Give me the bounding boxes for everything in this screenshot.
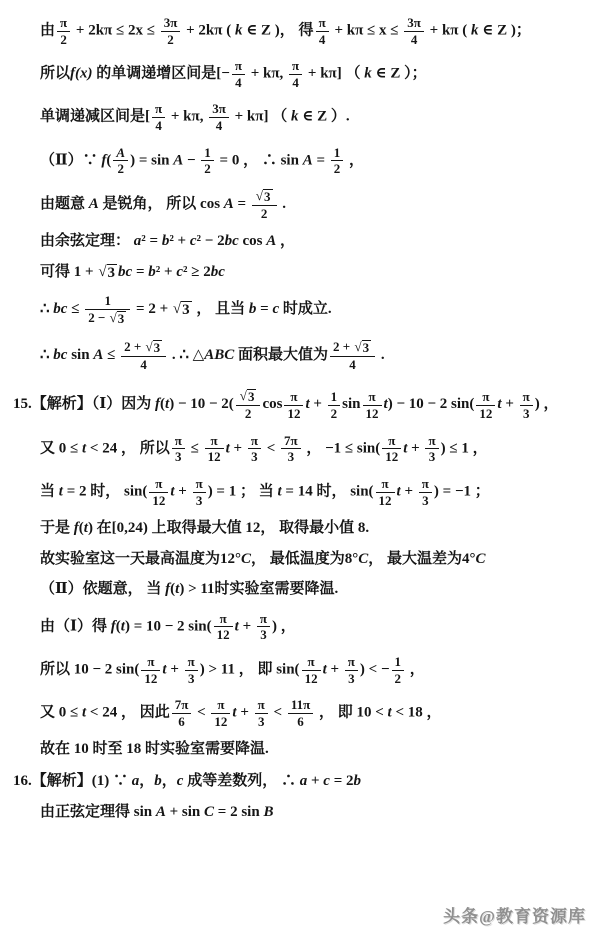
math-variable: A (89, 196, 99, 212)
text-run: 3 (154, 340, 161, 355)
text-run: 6 (297, 714, 304, 729)
denominator: 12 (149, 492, 168, 509)
radicand: 3 (362, 340, 372, 356)
radicand: 3 (263, 189, 273, 205)
solution-line: 故在 10 时至 18 时实验室需要降温. (40, 740, 590, 760)
fraction: π3 (425, 433, 438, 465)
sqrt-radical: √3 (256, 189, 273, 205)
solution-line: 可得 1 + √3bc = b² + c² ≥ 2bc (40, 263, 590, 283)
denominator: 12 (376, 492, 395, 509)
watermark: 头条@教育资源库 (443, 902, 586, 927)
text-run: + (502, 397, 518, 413)
text-run: 时成立. (279, 301, 332, 317)
fraction: π12 (205, 433, 224, 465)
numerator: A (113, 145, 128, 161)
radicand: 3 (181, 301, 192, 319)
sqrt-radical: √3 (354, 340, 371, 356)
text-run: ² + (156, 264, 177, 280)
numerator: π (214, 611, 233, 627)
text-run: 2 − (88, 310, 108, 325)
denominator: 12 (205, 448, 224, 465)
numerator: π (149, 476, 168, 492)
text-run: 11π (291, 697, 310, 712)
text-run: 当 (40, 484, 59, 500)
text-run: ， 最低温度为8° (251, 551, 358, 567)
text-run: ， (276, 233, 295, 249)
text-run: 的单调递增区间是[− (93, 66, 230, 82)
text-run: π (348, 654, 355, 669)
radicand: 3 (247, 389, 257, 405)
solution-line: 又 0 ≤ t < 24 ， 所以π3 ≤ π12t + π3 < 7π3 ， … (40, 433, 590, 465)
text-run: π (482, 389, 489, 404)
text-run: 面积最大值为 (234, 347, 328, 363)
text-run: 3π (407, 15, 421, 30)
math-variable: bc (225, 233, 239, 249)
solution-line: 所以 10 − 2 sin(π12t + π3) > 11 ， 即 sin(π1… (40, 654, 590, 686)
fraction: π4 (152, 101, 165, 133)
text-run: + (230, 440, 246, 456)
text-run: 由（Ⅰ）得 (40, 618, 111, 634)
text-run: 4 (216, 118, 223, 133)
text-run: 7π (175, 697, 189, 712)
fraction: π12 (284, 389, 303, 421)
text-run: π (217, 697, 224, 712)
text-run: 故实验室这一天最高温度为12° (40, 551, 241, 567)
text-run: ) = −1 ； (434, 484, 490, 500)
denominator: 3 (425, 448, 438, 465)
radical-sign-icon: √ (256, 189, 263, 203)
math-variable: A (303, 152, 313, 168)
denominator: 3 (520, 405, 533, 422)
text-run: < 24 ， 因此 (86, 705, 170, 721)
text-run: ( (106, 152, 111, 168)
text-run: 3 (422, 493, 429, 508)
text-run: 是锐角， 所以 cos (99, 196, 224, 212)
text-run: ) ≤ 1 ， (441, 440, 488, 456)
fraction: π3 (345, 654, 358, 686)
numerator: π (211, 697, 230, 713)
numerator: π (382, 433, 401, 449)
text-run: π (258, 697, 265, 712)
text-run: sin (67, 347, 93, 363)
text-run: 2 + (124, 339, 144, 354)
radical-sign-icon: √ (173, 301, 181, 318)
numerator: π (419, 476, 432, 492)
denominator: 3 (185, 670, 198, 687)
text-run: = (132, 264, 148, 280)
solution-line: 故实验室这一天最高温度为12°C， 最低温度为8°C， 最大温差为4°C (40, 550, 590, 570)
fraction: A2 (113, 145, 128, 177)
numerator: 7π (172, 697, 192, 713)
denominator: 2 (161, 31, 181, 48)
text-run: 3 (196, 493, 203, 508)
text-run: 由 (40, 23, 55, 39)
text-run: 可得 1 + (40, 264, 97, 280)
text-run: ) > 11 ， 即 sin( (200, 661, 300, 677)
text-run: < 24 ， 所以 (86, 440, 170, 456)
document-body: 由π2 + 2kπ ≤ 2x ≤ 3π2 + 2kπ ( k ∈ Z )， 得π… (0, 15, 596, 823)
denominator: 3 (281, 448, 301, 465)
fraction: π12 (214, 611, 233, 643)
text-run: + 2kπ ( (182, 23, 235, 39)
text-run: ， (345, 152, 364, 168)
text-run: ) − 10 − 2 sin( (388, 397, 475, 413)
fraction: 12 (201, 145, 214, 177)
text-run: 1 (395, 654, 402, 669)
math-variable: C (358, 551, 368, 567)
text-run: 3 (363, 340, 370, 355)
text-run: 故在 10 时至 18 时实验室需要降温. (40, 741, 269, 757)
solution-line: 由（Ⅰ）得 f(t) = 10 − 2 sin(π12t + π3) ， (40, 611, 590, 643)
fraction: π12 (476, 389, 495, 421)
math-variable: C (204, 804, 214, 820)
text-run: π (290, 389, 297, 404)
fraction: π3 (172, 433, 185, 465)
text-run: . ∴ △ (168, 347, 204, 363)
numerator: 1 (392, 654, 405, 670)
text-run: = 0 ， ∴ sin (216, 152, 303, 168)
denominator: 2 (392, 670, 405, 687)
text-run: 3 (188, 671, 195, 686)
text-run: 6 (178, 714, 185, 729)
numerator: π (425, 433, 438, 449)
numerator: π (141, 654, 160, 670)
fraction: 11π6 (288, 697, 313, 729)
fraction: √32 (252, 188, 277, 222)
text-run: 1 (334, 145, 341, 160)
text-run: 2 (334, 161, 341, 176)
text-run: ² ≥ 2 (183, 264, 211, 280)
fraction: π3 (419, 476, 432, 508)
fraction: π3 (255, 697, 268, 729)
radical-sign-icon: √ (146, 340, 153, 354)
text-run: cos (262, 397, 282, 413)
numerator: π (152, 101, 165, 117)
text-run: 3 (248, 389, 255, 404)
denominator: 3 (419, 492, 432, 509)
radicand: 3 (117, 311, 127, 327)
text-run: < (263, 440, 279, 456)
text-run: 2 (261, 206, 268, 221)
math-variable: A (224, 196, 234, 212)
numerator: 11π (288, 697, 313, 713)
text-run: ) ， (535, 397, 559, 413)
denominator: 12 (284, 405, 303, 422)
text-run: π (368, 389, 375, 404)
text-run: 3 (264, 189, 271, 204)
text-run: 1 (104, 293, 111, 308)
text-run: 所以 (40, 66, 70, 82)
text-run: 又 0 ≤ (40, 440, 82, 456)
sqrt-radical: √3 (146, 340, 163, 356)
text-run: π (260, 611, 267, 626)
text-run: + (239, 618, 255, 634)
numerator: 3π (404, 15, 424, 31)
numerator: π (302, 654, 321, 670)
math-variable: A (266, 233, 276, 249)
math-variable: b (154, 773, 162, 789)
text-run: + kπ] （ (304, 66, 364, 82)
numerator: π (248, 433, 261, 449)
text-run: ) > 11时实验室需要降温. (179, 581, 338, 597)
text-run: 4 (349, 357, 356, 372)
radicand: 3 (153, 340, 163, 356)
text-run: π (188, 654, 195, 669)
text-run: π (220, 611, 227, 626)
fraction: 12 (328, 389, 341, 421)
fraction: π12 (211, 697, 230, 729)
text-run: cos (239, 233, 267, 249)
denominator: 12 (141, 670, 160, 687)
math-variable: f(x) (70, 66, 93, 82)
text-run: ² + (169, 233, 190, 249)
solution-line: 15.【解析】（Ⅰ）因为 f(t) − 10 − 2(√32cosπ12t + … (13, 388, 590, 422)
denominator: 12 (382, 448, 401, 465)
text-run: 15.【解析】（Ⅰ）因为 (13, 397, 155, 413)
radical-sign-icon: √ (98, 264, 106, 281)
text-run: ， 且当 (193, 301, 249, 317)
text-run: π (388, 433, 395, 448)
text-run: 单调递减区间是[ (40, 109, 150, 125)
text-run: sin (342, 397, 360, 413)
math-variable: ABC (204, 347, 234, 363)
numerator: 2 + √3 (330, 339, 375, 356)
text-run: 3 (175, 449, 182, 464)
text-run: ≤ (67, 301, 83, 317)
fraction: π12 (141, 654, 160, 686)
fraction: π3 (193, 476, 206, 508)
sqrt-radical: √3 (173, 301, 192, 319)
text-run: 12 (366, 406, 379, 421)
math-variable: k (471, 23, 479, 39)
numerator: 2 + √3 (121, 339, 166, 356)
numerator: π (316, 15, 329, 31)
text-run: + (307, 773, 323, 789)
text-run: 12 (305, 671, 318, 686)
text-run: ∈ Z ）； (372, 66, 427, 82)
denominator: 3 (257, 626, 270, 643)
numerator: π (193, 476, 206, 492)
watermark-text: 头条@教育资源库 (443, 907, 586, 926)
math-variable: k (364, 66, 372, 82)
numerator: π (57, 15, 70, 31)
text-run: ∈ Z )； (479, 23, 531, 39)
text-run: π (147, 654, 154, 669)
fraction: π12 (382, 433, 401, 465)
math-variable: bc (53, 301, 67, 317)
text-run: = (256, 301, 272, 317)
text-run: + (401, 484, 417, 500)
fraction: 2 + √34 (330, 339, 375, 373)
denominator: 6 (172, 713, 192, 730)
denominator: 6 (288, 713, 313, 730)
denominator: 12 (302, 670, 321, 687)
numerator: π (255, 697, 268, 713)
text-run: 3 (182, 302, 190, 318)
text-run: 2 + (333, 339, 353, 354)
text-run: π (319, 15, 326, 30)
text-run: ， −1 ≤ sin( (303, 440, 381, 456)
text-run: = (234, 196, 250, 212)
text-run: 12 (208, 449, 221, 464)
denominator: 4 (209, 117, 229, 134)
denominator: 4 (232, 74, 245, 91)
numerator: π (257, 611, 270, 627)
math-variable: b (354, 773, 362, 789)
numerator: π (284, 389, 303, 405)
math-variable: C (476, 551, 486, 567)
text-run: = (313, 152, 329, 168)
denominator: 4 (289, 74, 302, 91)
radicand: 3 (107, 264, 118, 282)
denominator: 12 (211, 713, 230, 730)
math-variable: A (93, 347, 103, 363)
text-run: π (175, 433, 182, 448)
text-run: 12 (287, 406, 300, 421)
text-run: （Ⅱ）依题意， 当 (40, 581, 165, 597)
text-run: = 2 时， sin( (63, 484, 147, 500)
text-run: π (428, 433, 435, 448)
text-run: ) = sin (130, 152, 173, 168)
text-run: ∴ (40, 347, 53, 363)
text-run: 又 0 ≤ (40, 705, 82, 721)
text-run: 12 (385, 449, 398, 464)
text-run: + kπ, (167, 109, 207, 125)
text-run: + (310, 397, 326, 413)
text-run: + (167, 661, 183, 677)
denominator: 3 (193, 492, 206, 509)
text-run: 3π (212, 101, 226, 116)
text-run: ) = 10 − 2 sin( (125, 618, 212, 634)
denominator: 2 (331, 160, 344, 177)
sqrt-radical: √3 (110, 311, 127, 327)
text-run: （Ⅱ）∵ (40, 152, 101, 168)
math-variable: bc (118, 264, 132, 280)
denominator: 4 (330, 356, 375, 373)
text-run: 2 (331, 406, 338, 421)
denominator: 4 (121, 356, 166, 373)
text-run: . (279, 196, 287, 212)
denominator: 2 (328, 405, 341, 422)
numerator: π (232, 58, 245, 74)
text-run: ， (406, 661, 425, 677)
math-variable: B (263, 804, 273, 820)
math-variable: b (148, 264, 156, 280)
fraction: 12 (331, 145, 344, 177)
text-run: 1 (204, 145, 211, 160)
text-run: 由题意 (40, 196, 89, 212)
math-variable: c (190, 233, 197, 249)
text-run: + kπ] （ (231, 109, 291, 125)
text-run: 12 (379, 493, 392, 508)
fraction: π12 (149, 476, 168, 508)
text-run: π (422, 476, 429, 491)
denominator: 3 (255, 713, 268, 730)
fraction: π12 (376, 476, 395, 508)
numerator: π (205, 433, 224, 449)
numerator: π (520, 389, 533, 405)
solution-line: 由余弦定理： a² = b² + c² − 2bc cos A ， (40, 232, 590, 252)
numerator: √3 (236, 388, 261, 405)
text-run: + (327, 661, 343, 677)
text-run: 12 (214, 714, 227, 729)
numerator: π (376, 476, 395, 492)
text-run: 12 (144, 671, 157, 686)
text-run: 7π (284, 433, 298, 448)
text-run: 由正弦定理得 sin (40, 804, 156, 820)
text-run: ， (162, 773, 177, 789)
text-run: + (175, 484, 191, 500)
numerator: 1 (331, 145, 344, 161)
denominator: 4 (316, 31, 329, 48)
text-run: ， (139, 773, 154, 789)
text-run: + kπ, (247, 66, 287, 82)
text-run: < (270, 705, 286, 721)
text-run: π (308, 654, 315, 669)
solution-line: 于是 f(t) 在[0,24) 上取得最大值 12， 取得最小值 8. (40, 519, 590, 539)
denominator: 3 (345, 670, 358, 687)
document-page: 由π2 + 2kπ ≤ 2x ≤ 3π2 + 2kπ ( k ∈ Z )， 得π… (0, 0, 596, 823)
numerator: π (172, 433, 185, 449)
text-run: 4 (292, 75, 299, 90)
text-run: ∈ Z ）. (298, 109, 349, 125)
text-run: 3 (258, 714, 265, 729)
sqrt-radical: √3 (98, 264, 117, 282)
fraction: π4 (316, 15, 329, 47)
denominator: 12 (476, 405, 495, 422)
text-run: 12 (217, 627, 230, 642)
text-run: π (60, 15, 67, 30)
text-run: ) − 10 − 2( (169, 397, 234, 413)
fraction: 3π4 (404, 15, 424, 47)
denominator: 2 (201, 160, 214, 177)
text-run: + (407, 440, 423, 456)
text-run: ) = 1 ； 当 (208, 484, 278, 500)
text-run: 2 (245, 406, 252, 421)
text-run: 2 (117, 161, 124, 176)
text-run: π (523, 389, 530, 404)
solution-line: （Ⅱ）∵ f(A2) = sin A − 12 = 0 ， ∴ sin A = … (40, 145, 590, 177)
text-run: = 14 时， sin( (282, 484, 374, 500)
denominator: 2 (57, 31, 70, 48)
text-run: 3 (260, 627, 267, 642)
math-variable: c (323, 773, 330, 789)
denominator: 4 (404, 31, 424, 48)
text-run: 2 (60, 32, 67, 47)
numerator: π (345, 654, 358, 670)
solution-line: ∴ bc sin A ≤ 2 + √34 . ∴ △ABC 面积最大值为2 + … (40, 339, 590, 373)
text-run: 4 (155, 118, 162, 133)
text-run: ) ， (272, 618, 296, 634)
fraction: π3 (257, 611, 270, 643)
text-run: 3 (348, 671, 355, 686)
denominator: 2 (236, 405, 261, 422)
numerator: 1 (328, 389, 341, 405)
text-run: 4 (319, 32, 326, 47)
fraction: π4 (289, 58, 302, 90)
denominator: 12 (363, 405, 382, 422)
text-run: 3π (164, 15, 178, 30)
text-run: π (155, 101, 162, 116)
text-run: 4 (235, 75, 242, 90)
denominator: 12 (214, 626, 233, 643)
denominator: 3 (172, 448, 185, 465)
text-run: ) < − (360, 661, 390, 677)
fraction: 12 − √3 (85, 293, 130, 327)
text-run: 2 (204, 161, 211, 176)
solution-line: 由题意 A 是锐角， 所以 cos A = √32 . (40, 188, 590, 222)
solution-line: 由π2 + 2kπ ≤ 2x ≤ 3π2 + 2kπ ( k ∈ Z )， 得π… (40, 15, 590, 47)
